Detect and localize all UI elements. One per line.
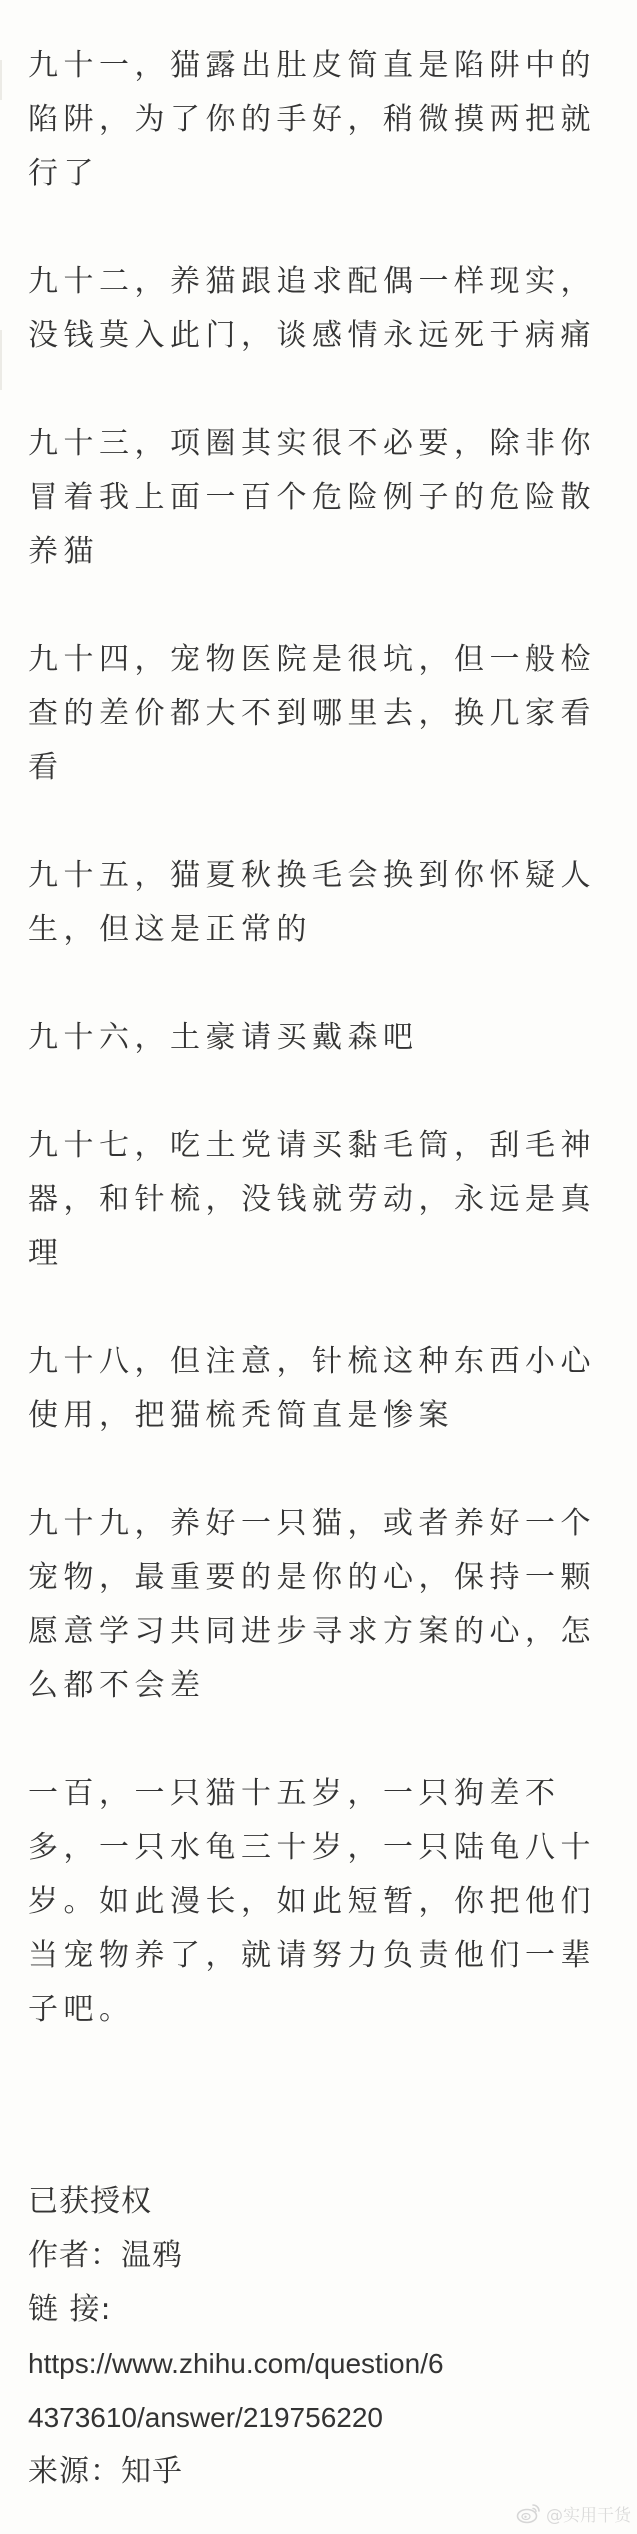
- paragraph-line: 一百，一只猫十五岁，一只狗差不: [28, 1767, 628, 1821]
- paragraph-line: 养猫: [28, 525, 628, 579]
- paragraph-line: 陷阱，为了你的手好，稍微摸两把就: [28, 93, 628, 147]
- tip-paragraph-95: 九十五，猫夏秋换毛会换到你怀疑人 生，但这是正常的: [28, 849, 628, 957]
- tip-paragraph-98: 九十八，但注意，针梳这种东西小心 使用，把猫梳秃简直是惨案: [28, 1335, 628, 1443]
- paragraph-line: 九十二，养猫跟追求配偶一样现实，: [28, 255, 628, 309]
- tip-paragraph-91: 九十一，猫露出肚皮简直是陷阱中的 陷阱，为了你的手好，稍微摸两把就 行了: [28, 39, 628, 201]
- paragraph-line: 使用，把猫梳秃简直是惨案: [28, 1389, 628, 1443]
- paragraph-line: 九十八，但注意，针梳这种东西小心: [28, 1335, 628, 1389]
- paragraph-line: 岁。如此漫长，如此短暂，你把他们: [28, 1875, 628, 1929]
- paragraph-line: 九十四，宠物医院是很坑，但一般检: [28, 633, 628, 687]
- paragraph-line: 当宠物养了，就请努力负责他们一辈: [28, 1929, 628, 1983]
- paragraph-line: 九十七，吃土党请买黏毛筒，刮毛神: [28, 1119, 628, 1173]
- left-edge-artifact: [0, 60, 2, 100]
- paragraph-line: 九十五，猫夏秋换毛会换到你怀疑人: [28, 849, 628, 903]
- source-line: 来源：知乎: [28, 2445, 628, 2499]
- link-label: 链 接:: [28, 2283, 628, 2337]
- paragraph-line: 子吧。: [28, 1983, 628, 2037]
- tip-paragraph-100: 一百，一只猫十五岁，一只狗差不 多，一只水龟三十岁，一只陆龟八十 岁。如此漫长，…: [28, 1767, 628, 2037]
- attribution-block: 已获授权 作者：温鸦 链 接: https://www.zhihu.com/qu…: [28, 2175, 628, 2499]
- tip-paragraph-93: 九十三，项圈其实很不必要，除非你 冒着我上面一百个危险例子的危险散 养猫: [28, 417, 628, 579]
- tip-paragraph-97: 九十七，吃土党请买黏毛筒，刮毛神 器，和针梳，没钱就劳动，永远是真 理: [28, 1119, 628, 1281]
- paragraph-line: 生，但这是正常的: [28, 903, 628, 957]
- paragraph-line: 查的差价都大不到哪里去，换几家看: [28, 687, 628, 741]
- tip-paragraph-94: 九十四，宠物医院是很坑，但一般检 查的差价都大不到哪里去，换几家看 看: [28, 633, 628, 795]
- paragraph-line: 愿意学习共同进步寻求方案的心，怎: [28, 1605, 628, 1659]
- paragraph-line: 没钱莫入此门，谈感情永远死于病痛: [28, 309, 628, 363]
- weibo-logo-icon: [516, 2502, 542, 2524]
- tip-paragraph-92: 九十二，养猫跟追求配偶一样现实， 没钱莫入此门，谈感情永远死于病痛: [28, 255, 628, 363]
- tip-paragraph-96: 九十六，土豪请买戴森吧: [28, 1011, 628, 1065]
- paragraph-line: 九十三，项圈其实很不必要，除非你: [28, 417, 628, 471]
- paragraph-line: 器，和针梳，没钱就劳动，永远是真: [28, 1173, 628, 1227]
- paragraph-line: 宠物，最重要的是你的心，保持一颗: [28, 1551, 628, 1605]
- paragraph-line: 理: [28, 1227, 628, 1281]
- paragraph-line: 行了: [28, 147, 628, 201]
- tip-paragraph-99: 九十九，养好一只猫，或者养好一个 宠物，最重要的是你的心，保持一颗 愿意学习共同…: [28, 1497, 628, 1713]
- paragraph-line: 冒着我上面一百个危险例子的危险散: [28, 471, 628, 525]
- paragraph-line: 多，一只水龟三十岁，一只陆龟八十: [28, 1821, 628, 1875]
- left-edge-artifact: [0, 330, 2, 390]
- paragraph-line: 看: [28, 741, 628, 795]
- paragraph-line: 九十六，土豪请买戴森吧: [28, 1011, 628, 1065]
- source-url-line-1[interactable]: https://www.zhihu.com/question/6: [28, 2337, 628, 2391]
- author-line: 作者：温鸦: [28, 2229, 628, 2283]
- authorization-note: 已获授权: [28, 2175, 628, 2229]
- paragraph-line: 九十一，猫露出肚皮简直是陷阱中的: [28, 39, 628, 93]
- weibo-watermark: @实用干货: [516, 2500, 631, 2526]
- paragraph-line: 么都不会差: [28, 1659, 628, 1713]
- paragraph-line: 九十九，养好一只猫，或者养好一个: [28, 1497, 628, 1551]
- watermark-text: @实用干货: [546, 2501, 631, 2526]
- article-page: 九十一，猫露出肚皮简直是陷阱中的 陷阱，为了你的手好，稍微摸两把就 行了 九十二…: [0, 0, 637, 2534]
- source-url-line-2[interactable]: 4373610/answer/219756220: [28, 2391, 628, 2445]
